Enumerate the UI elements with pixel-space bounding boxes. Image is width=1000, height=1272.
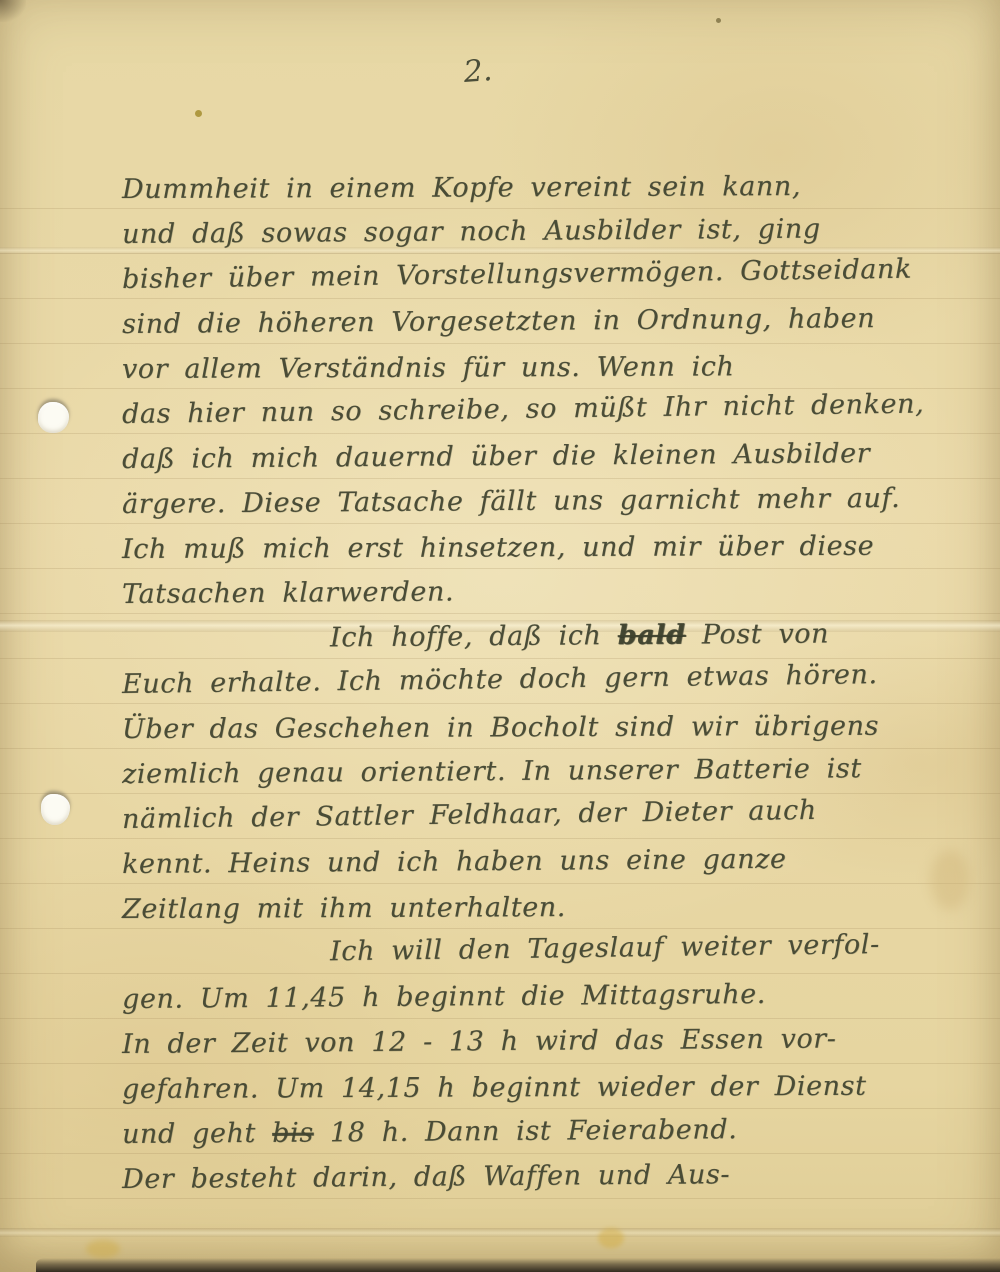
handwritten-text: Tatsachen klarwerden. bbox=[122, 576, 454, 610]
handwritten-text: Ich muß mich erst hinsetzen, und mir übe… bbox=[122, 531, 874, 565]
handwritten-text: Zeitlang mit ihm unterhalten. bbox=[122, 892, 566, 925]
handwritten-text: daß ich mich dauernd über die kleinen Au… bbox=[122, 438, 870, 475]
handwritten-text: Ich hoffe, daß ich bbox=[330, 620, 618, 653]
handwritten-line: ärgere. Diese Tatsache fällt uns garnich… bbox=[122, 475, 950, 527]
handwritten-text: ziemlich genau orientiert. In unserer Ba… bbox=[122, 753, 862, 790]
handwritten-line: Tatsachen klarwerden. bbox=[122, 565, 950, 617]
handwritten-text: ärgere. Diese Tatsache fällt uns garnich… bbox=[122, 483, 901, 520]
handwritten-word-strike: bis bbox=[272, 1117, 314, 1148]
handwritten-line: In der Zeit von 12 - 13 h wird das Essen… bbox=[122, 1015, 950, 1067]
handwritten-text: und daß sowas sogar noch Ausbilder ist, … bbox=[122, 214, 821, 250]
handwritten-text: Ich will den Tageslauf weiter verfol- bbox=[330, 929, 880, 967]
handwritten-line: Ich will den Tageslauf weiter verfol- bbox=[122, 921, 951, 977]
punch-hole-bottom bbox=[41, 794, 70, 825]
handwritten-line: Euch erhalte. Ich möchte doch gern etwas… bbox=[122, 651, 951, 707]
yellow-stain bbox=[86, 1240, 120, 1258]
handwritten-text: In der Zeit von 12 - 13 h wird das Essen… bbox=[122, 1023, 837, 1060]
handwritten-word-overwritten: bald bbox=[618, 620, 686, 652]
handwritten-line: das hier nun so schreibe, so müßt Ihr ni… bbox=[122, 381, 951, 437]
handwritten-line: sind die höheren Vorgesetzten in Ordnung… bbox=[122, 295, 950, 347]
ink-speck bbox=[195, 110, 202, 117]
handwritten-text: kennt. Heins und ich haben uns eine ganz… bbox=[122, 844, 787, 880]
handwritten-line: Dummheit in einem Kopfe vereint sein kan… bbox=[122, 163, 950, 212]
handwritten-text: bisher über mein Vorstellungsvermögen. G… bbox=[122, 254, 912, 295]
handwritten-text: vor allem Verständnis für uns. Wenn ich bbox=[122, 351, 735, 385]
bottom-edge-shadow bbox=[36, 1258, 1000, 1272]
handwritten-text: sind die höheren Vorgesetzten in Ordnung… bbox=[122, 303, 875, 340]
handwritten-line: gefahren. Um 14,15 h beginnt wieder der … bbox=[122, 1063, 950, 1112]
punch-hole-top bbox=[38, 402, 69, 433]
yellow-stain bbox=[598, 1228, 624, 1248]
letter-page: 2. Dummheit in einem Kopfe vereint sein … bbox=[0, 0, 1000, 1272]
handwritten-line: bisher über mein Vorstellungsvermögen. G… bbox=[122, 246, 951, 302]
fold-crease-bottom bbox=[0, 1228, 1000, 1237]
handwritten-text: Über das Geschehen in Bocholt sind wir ü… bbox=[122, 711, 879, 745]
ink-speck bbox=[716, 18, 721, 23]
handwritten-text: Dummheit in einem Kopfe vereint sein kan… bbox=[122, 171, 801, 205]
handwritten-line: Über das Geschehen in Bocholt sind wir ü… bbox=[122, 703, 950, 752]
handwritten-text: das hier nun so schreibe, so müßt Ihr ni… bbox=[122, 388, 925, 429]
handwritten-text: und geht bbox=[122, 1118, 272, 1150]
handwritten-text: gefahren. Um 14,15 h beginnt wieder der … bbox=[122, 1071, 867, 1105]
handwritten-text: Euch erhalte. Ich möchte doch gern etwas… bbox=[122, 659, 878, 700]
handwritten-text: nämlich der Sattler Feldhaar, der Dieter… bbox=[122, 795, 817, 835]
handwritten-line: kennt. Heins und ich haben uns eine ganz… bbox=[122, 835, 950, 887]
handwriting-block: Dummheit in einem Kopfe vereint sein kan… bbox=[122, 167, 950, 1202]
handwritten-line: Ich muß mich erst hinsetzen, und mir übe… bbox=[122, 523, 950, 572]
handwritten-text: gen. Um 11,45 h beginnt die Mittagsruhe. bbox=[122, 979, 766, 1015]
handwritten-text: Der besteht darin, daß Waffen und Aus- bbox=[122, 1159, 730, 1195]
page-number: 2. bbox=[447, 52, 509, 91]
handwritten-text: 18 h. Dann ist Feierabend. bbox=[314, 1114, 738, 1148]
handwritten-text: Post von bbox=[685, 618, 829, 650]
corner-shadow bbox=[0, 0, 26, 22]
handwritten-line: gen. Um 11,45 h beginnt die Mittagsruhe. bbox=[122, 970, 950, 1022]
handwritten-line: daß ich mich dauernd über die kleinen Au… bbox=[122, 430, 950, 482]
handwritten-line: und geht bis 18 h. Dann ist Feierabend. bbox=[122, 1105, 950, 1157]
handwritten-line: nämlich der Sattler Feldhaar, der Dieter… bbox=[122, 786, 951, 842]
handwritten-line: Der besteht darin, daß Waffen und Aus- bbox=[122, 1150, 950, 1202]
